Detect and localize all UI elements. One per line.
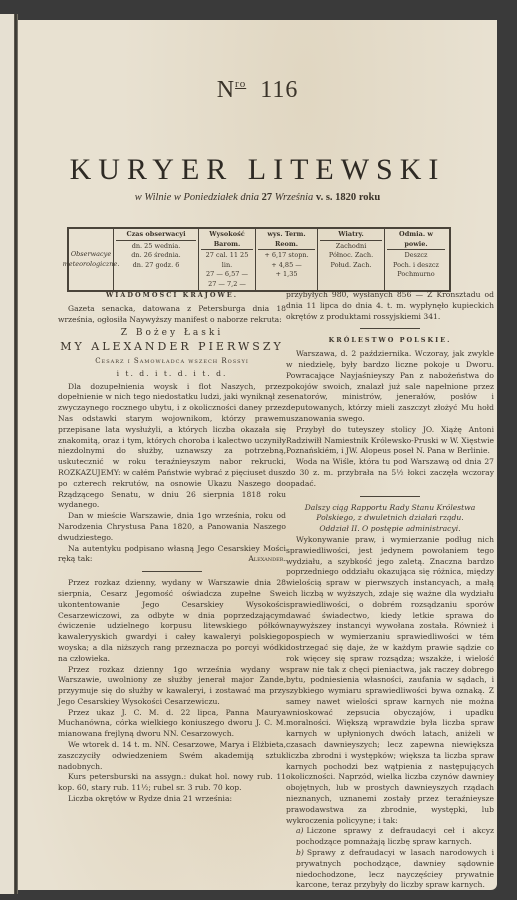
weather-col-barom: Wysokość Barom. 27 cal. 11 25 lin. 27 — … [199,229,256,290]
article-paragraph: Gazeta senacka, datowana z Petersburga d… [58,304,286,326]
manifest-etc: i t. d. i t. d. i t. d. [58,369,286,380]
signature: Alexander. [238,554,286,565]
weather-col-conditions: Odmia. w powie. Deszcz Poch. i deszcz Po… [385,229,447,290]
newspaper-page: Nro 116 KURYER LITEWSKI w Wilnie w Ponie… [18,20,497,890]
list-item: b)Sprawy z defraudacyi w lasach narodowy… [286,848,494,891]
divider [142,571,202,572]
dateline-post: roku [359,192,380,203]
right-column: przybyłych 980, wysłanych 856 — Z Kronsz… [286,290,494,891]
left-column: WIADOMOŚCI KRAJOWE. Gazeta senacka, dato… [58,290,286,805]
weather-header: wys. Term. Reom. [258,230,315,250]
dateline-month: Września [275,192,314,203]
previous-page-edge [0,14,15,894]
dateline-year: v. s. 1820 [316,192,356,203]
list-marker: a) [296,826,304,835]
weather-cell: + 4,85 — [258,261,315,271]
dateline-day: 27 [262,192,273,203]
article-paragraph: Kurs petersburski na assygn.: dukat hol.… [58,772,286,794]
weather-table: Obserwacye meteorologiczne. Czas obserwa… [67,227,451,292]
weather-cell: Połud. Zach. [320,261,382,271]
issue-number-value: 116 [260,77,298,103]
list-marker: b) [296,848,304,857]
weather-cell: Zachodni [320,242,382,252]
manifest-grace: Z Bożey Łaski [58,328,286,339]
article-paragraph: przybyłych 980, wysłanych 856 — Z Kronsz… [286,290,494,322]
article-paragraph: Wykonywanie praw, i wymierzanie podług n… [286,535,494,827]
manifest-titles: Cesarz i Samowładca wszech Rossyi [58,356,286,367]
issue-number: Nro 116 [18,77,497,104]
weather-cell: dn. 25 wednia. [116,242,196,252]
list-text: Liczone sprawy z defraudacyi ceł i akcyz… [296,826,494,846]
dateline: w Wilnie w Poniedziałek dnia 27 Września… [18,192,497,203]
article-paragraph: Dla dozupełnienia woysk i flot Naszych, … [58,382,286,512]
list-text: Sprawy z defraudacyi w lasach narodowych… [296,848,494,889]
article-paragraph: Woda na Wiśle, która tu pod Warszawą od … [286,457,494,489]
weather-col-therm: wys. Term. Reom. + 6,17 stopn. + 4,85 — … [256,229,318,290]
weather-cell: Pochmurno [387,270,445,280]
weather-cell: 27 cal. 11 25 lin. [201,251,253,270]
weather-cell: + 6,17 stopn. [258,251,315,261]
issue-prefix: N [217,77,235,103]
divider [360,496,420,497]
dateline-pre: w Wilnie w Poniedziałek dnia [135,192,259,203]
divider [360,328,420,329]
article-paragraph: Przybył do tuteyszey stolicy JO. Xiążę A… [286,425,494,457]
article-paragraph: Przez rozkaz dzienny, wydany w Warszawie… [58,578,286,664]
weather-header: Odmia. w powie. [387,230,445,250]
weather-cell: dn. 27 godz. 6 [116,261,196,271]
weather-label: Obserwacye meteorologiczne. [69,229,114,290]
article-paragraph: We wtorek d. 14 t. m. NN. Cesarzowe, Mar… [58,740,286,772]
weather-cell: + 1,35 [258,270,315,280]
masthead-title: KURYER LITEWSKI [18,153,497,187]
weather-cell: 27 — 7,2 — [201,280,253,290]
manifest-sovereign: MY ALEXANDER PIERWSZY [58,342,286,353]
weather-cell: dn. 26 średnia. [116,251,196,261]
weather-header: Wiatry. [320,230,382,241]
article-paragraph: Liczba okrętów w Rydze dnia 21 września: [58,794,286,805]
article-paragraph: Przez rozkaz dzienny 1go września wydany… [58,665,286,708]
article-paragraph: Warszawa, d. 2 października. Wczoray, ja… [286,349,494,425]
report-subheading: Oddział II. O postępie administracyi. [286,524,494,535]
weather-header: Wysokość Barom. [201,230,253,250]
weather-header: Czas obserwacyi [116,230,196,241]
weather-cell: Deszcz [387,251,445,261]
article-paragraph: Dan w mieście Warszawie, dnia 1go wrześn… [58,511,286,543]
section-title-domestic: WIADOMOŚCI KRAJOWE. [58,290,286,301]
report-heading: Dalszy ciąg Rapportu Rady Stanu Królestw… [286,503,494,525]
weather-cell: Północ. Zach. [320,251,382,261]
weather-col-time: Czas obserwacyi dn. 25 wednia. dn. 26 śr… [114,229,199,290]
issue-suffix: ro [235,78,246,90]
section-title-kingdom: KRÓLESTWO POLSKIE. [286,335,494,346]
weather-cell: 27 — 6,57 — [201,270,253,280]
article-paragraph: Przez ukaz J. C. M. d. 22 lipca, Panna M… [58,708,286,740]
weather-cell: Poch. i deszcz [387,261,445,271]
list-item: a)Liczone sprawy z defraudacyi ceł i akc… [286,826,494,848]
weather-col-wind: Wiatry. Zachodni Północ. Zach. Połud. Za… [318,229,385,290]
signature-line: Na autentyku podpisano własną Jego Cesar… [58,544,286,566]
